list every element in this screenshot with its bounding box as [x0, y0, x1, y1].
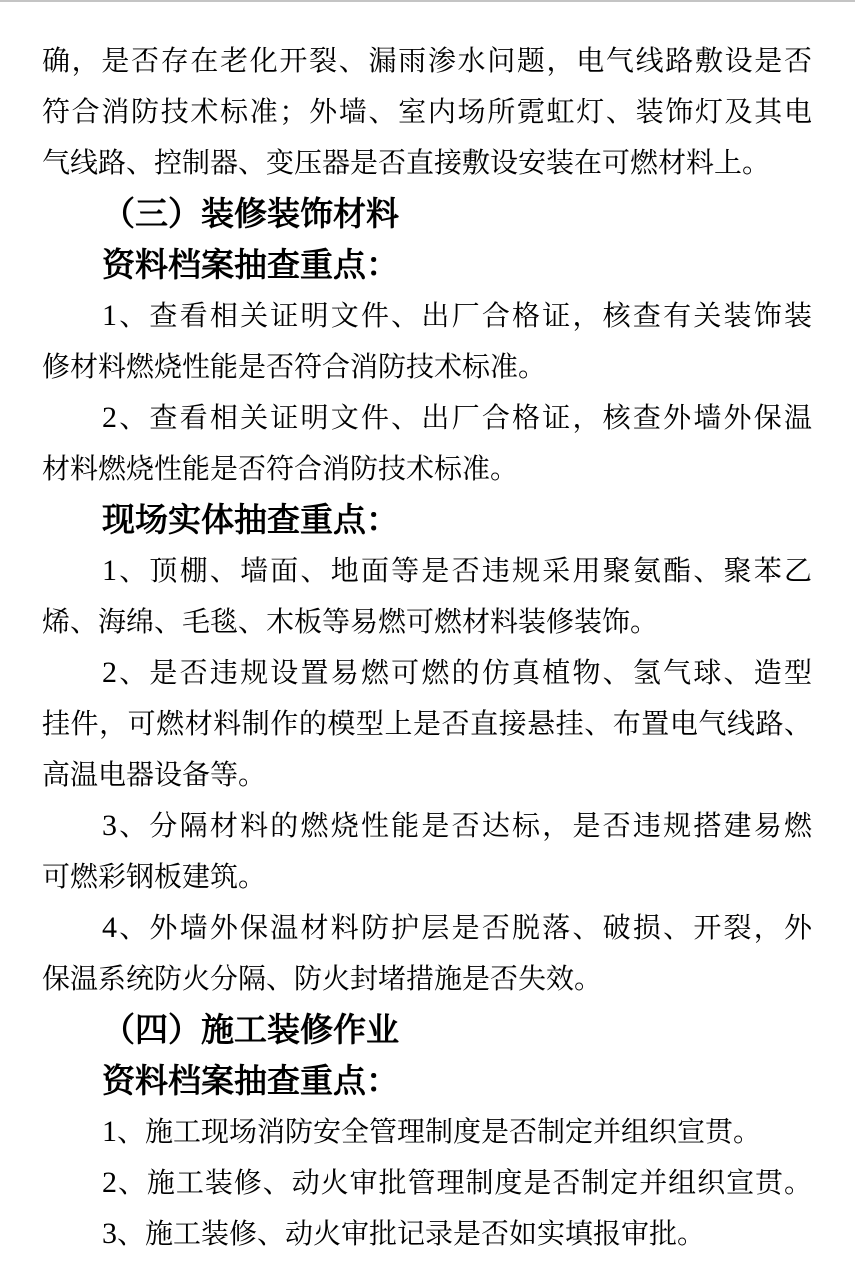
heading-line: 资料档案抽查重点： — [42, 239, 812, 290]
text-line: 3、分隔材料的燃烧性能是否达标，是否违规搭建易燃 — [42, 800, 812, 851]
text-line: 1、施工现场消防安全管理制度是否制定并组织宣贯。 — [42, 1106, 812, 1157]
text-line: 高温电器设备等。 — [42, 749, 812, 800]
text-line: 1、查看相关证明文件、出厂合格证，核查有关装饰装 — [42, 290, 812, 341]
list-number: 3 — [102, 809, 117, 842]
list-number: 2 — [102, 401, 117, 434]
text-line: 烯、海绵、毛毯、木板等易燃可燃材料装修装饰。 — [42, 596, 812, 647]
text-line: 气线路、控制器、变压器是否直接敷设安装在可燃材料上。 — [42, 137, 812, 188]
text-line: 1、顶棚、墙面、地面等是否违规采用聚氨酯、聚苯乙 — [42, 545, 812, 596]
text-line: 确，是否存在老化开裂、漏雨渗水问题，电气线路敷设是否 — [42, 35, 812, 86]
text-line: 挂件，可燃材料制作的模型上是否直接悬挂、布置电气线路、 — [42, 698, 812, 749]
text-line: 2、查看相关证明文件、出厂合格证，核查外墙外保温 — [42, 392, 812, 443]
text-line: 可燃彩钢板建筑。 — [42, 851, 812, 902]
document-page: 确，是否存在老化开裂、漏雨渗水问题，电气线路敷设是否符合消防技术标准；外墙、室内… — [0, 0, 855, 1282]
page-top-rule — [0, 0, 855, 2]
heading-line: 现场实体抽查重点： — [42, 494, 812, 545]
heading-line: （四）施工装修作业 — [42, 1004, 812, 1055]
document-body: 确，是否存在老化开裂、漏雨渗水问题，电气线路敷设是否符合消防技术标准；外墙、室内… — [42, 35, 812, 1259]
list-number: 1 — [102, 1115, 117, 1148]
text-line: 2、施工装修、动火审批管理制度是否制定并组织宣贯。 — [42, 1157, 812, 1208]
heading-line: （三）装修装饰材料 — [42, 188, 812, 239]
list-number: 1 — [102, 299, 117, 332]
list-number: 2 — [102, 1166, 117, 1199]
heading-line: 资料档案抽查重点： — [42, 1055, 812, 1106]
text-line: 符合消防技术标准；外墙、室内场所霓虹灯、装饰灯及其电 — [42, 86, 812, 137]
text-line: 材料燃烧性能是否符合消防技术标准。 — [42, 443, 812, 494]
list-number: 4 — [102, 911, 117, 944]
text-line: 保温系统防火分隔、防火封堵措施是否失效。 — [42, 953, 812, 1004]
list-number: 1 — [102, 554, 117, 587]
text-line: 2、是否违规设置易燃可燃的仿真植物、氢气球、造型 — [42, 647, 812, 698]
text-line: 修材料燃烧性能是否符合消防技术标准。 — [42, 341, 812, 392]
list-number: 2 — [102, 656, 117, 689]
text-line: 4、外墙外保温材料防护层是否脱落、破损、开裂，外 — [42, 902, 812, 953]
text-line: 3、施工装修、动火审批记录是否如实填报审批。 — [42, 1208, 812, 1259]
list-number: 3 — [102, 1217, 117, 1250]
